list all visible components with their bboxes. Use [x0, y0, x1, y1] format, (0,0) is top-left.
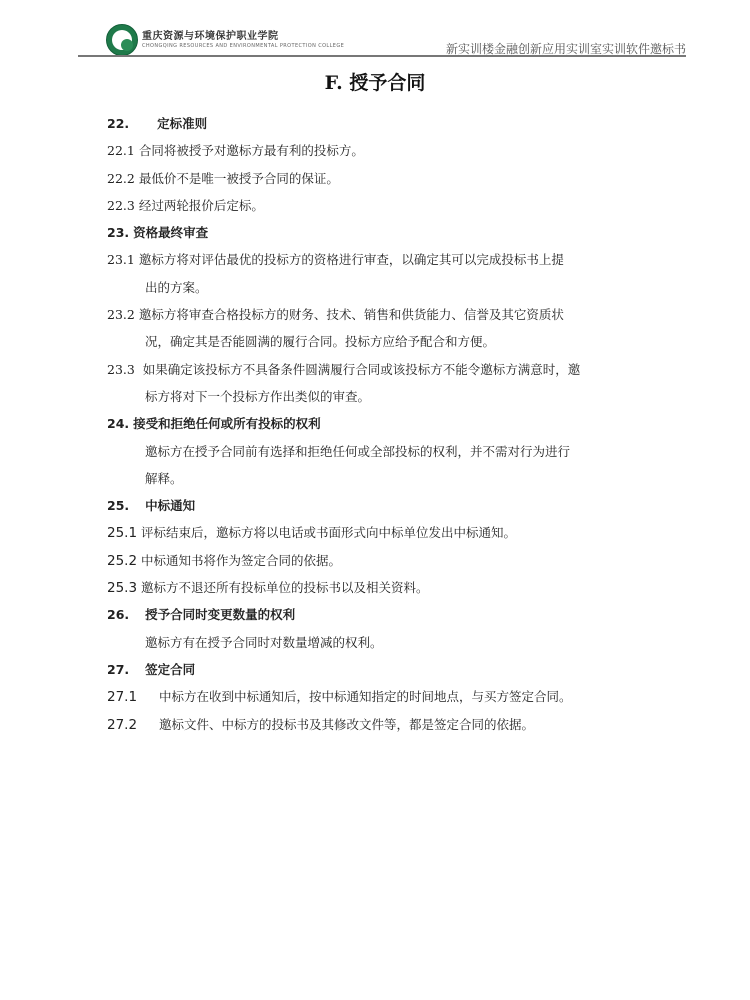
page-header: 重庆资源与环境保护职业学院 CHONGQING RESOURCES AND EN…	[78, 20, 690, 58]
clause-23-2: 23.2 邀标方将审查合格投标方的财务、技术、销售和供货能力、信誉及其它资质状	[107, 301, 667, 328]
section-26-paragraph: 邀标方有在授予合同时对数量增减的权利。	[107, 629, 667, 656]
section-heading-23: 23.资格最终审查	[107, 219, 667, 246]
section-heading-25: 25.中标通知	[107, 492, 667, 519]
clause-23-3: 23.3 如果确定该投标方不具备条件圆满履行合同或该投标方不能令邀标方满意时，邀	[107, 356, 667, 383]
section-title: 接受和拒绝任何或所有投标的权利	[133, 416, 321, 431]
section-title: 中标通知	[145, 498, 195, 513]
clause-22-3: 22.3 经过两轮报价后定标。	[107, 192, 667, 219]
section-24-paragraph: 邀标方在授予合同前有选择和拒绝任何或全部投标的权利，并不需对行为进行	[107, 438, 667, 465]
section-heading-24: 24.接受和拒绝任何或所有投标的权利	[107, 410, 667, 437]
section-title: 授予合同时变更数量的权利	[145, 607, 295, 622]
document-body: 22.定标准则 22.1 合同将被授予对邀标方最有利的投标方。 22.2 最低价…	[107, 110, 667, 738]
section-heading-27: 27.签定合同	[107, 656, 667, 683]
school-emblem-icon	[106, 24, 138, 56]
school-name-en: CHONGQING RESOURCES AND ENVIRONMENTAL PR…	[142, 43, 344, 49]
clause-25-1: 25.1 评标结束后，邀标方将以电话或书面形式向中标单位发出中标通知。	[107, 519, 667, 546]
header-divider	[78, 55, 686, 57]
section-24-paragraph-cont: 解释。	[107, 465, 667, 492]
clause-23-1-cont: 出的方案。	[107, 274, 667, 301]
clause-25-2: 25.2 中标通知书将作为签定合同的依据。	[107, 547, 667, 574]
school-name-cn: 重庆资源与环境保护职业学院	[142, 27, 279, 42]
clause-27-1: 27.1中标方在收到中标通知后，按中标通知指定的时间地点，与买方签定合同。	[107, 683, 667, 710]
clause-23-2-cont: 况，确定其是否能圆满的履行合同。投标方应给予配合和方便。	[107, 328, 667, 355]
page-title: F. 授予合同	[0, 68, 750, 95]
clause-27-2: 27.2邀标文件、中标方的投标书及其修改文件等，都是签定合同的依据。	[107, 711, 667, 738]
section-title: 资格最终审查	[133, 225, 208, 240]
clause-25-3: 25.3 邀标方不退还所有投标单位的投标书以及相关资料。	[107, 574, 667, 601]
section-title: 签定合同	[145, 662, 195, 677]
section-heading-22: 22.定标准则	[107, 110, 667, 137]
section-heading-26: 26.授予合同时变更数量的权利	[107, 601, 667, 628]
clause-23-3-cont: 标方将对下一个投标方作出类似的审查。	[107, 383, 667, 410]
clause-22-1: 22.1 合同将被授予对邀标方最有利的投标方。	[107, 137, 667, 164]
clause-22-2: 22.2 最低价不是唯一被授予合同的保证。	[107, 165, 667, 192]
section-title: 定标准则	[157, 116, 207, 131]
clause-23-1: 23.1 邀标方将对评估最优的投标方的资格进行审查，以确定其可以完成投标书上提	[107, 246, 667, 273]
